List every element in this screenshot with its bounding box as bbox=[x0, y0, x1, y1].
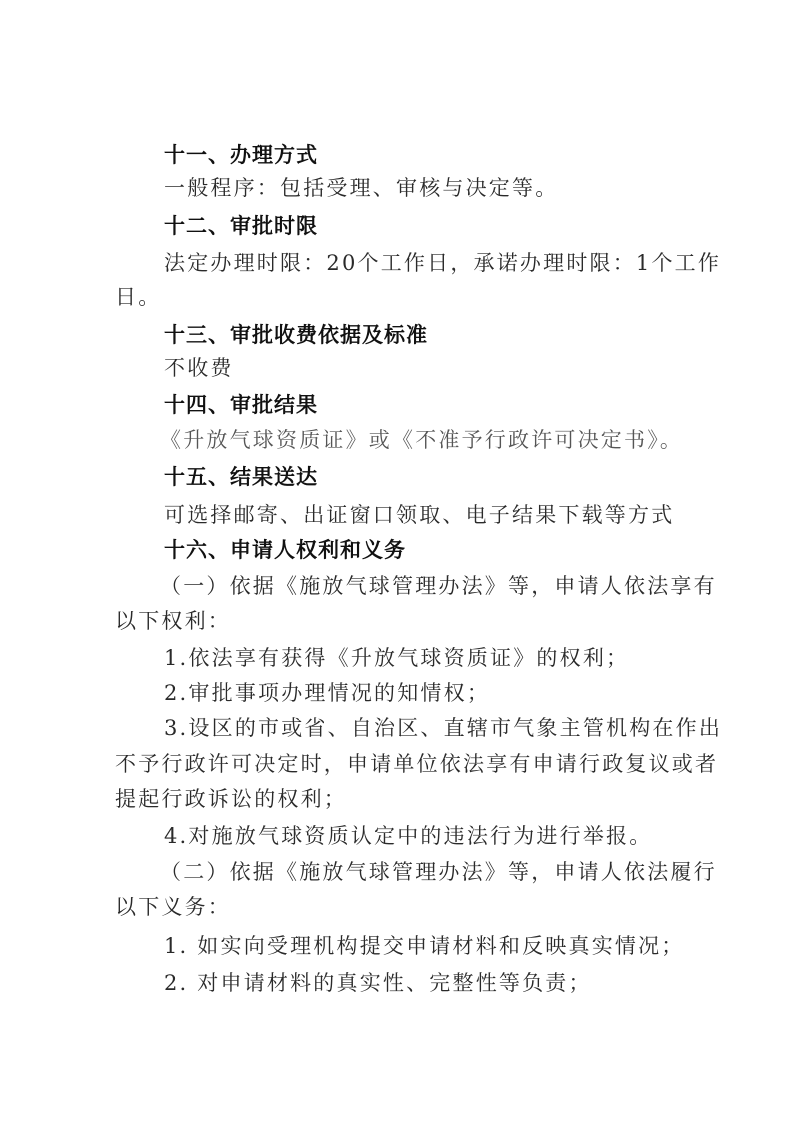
section-body-12-line-2: 日。 bbox=[115, 285, 161, 309]
obligation-item-2: 2. 对申请材料的真实性、完整性等负责； bbox=[164, 971, 592, 995]
right-item-3-line-1: 3.设区的市或省、自治区、直辖市气象主管机构在作出 bbox=[164, 716, 722, 740]
section-heading-14: 十四、审批结果 bbox=[164, 393, 318, 417]
right-item-3-line-3: 提起行政诉讼的权利； bbox=[115, 787, 347, 811]
rights-intro-line-2: 以下权利： bbox=[115, 609, 231, 633]
section-body-13-line-1: 不收费 bbox=[164, 356, 234, 380]
section-heading-13: 十三、审批收费依据及标准 bbox=[164, 323, 428, 347]
right-item-2: 2.审批事项办理情况的知情权； bbox=[164, 681, 490, 705]
obligation-item-1: 1. 如实向受理机构提交申请材料和反映真实情况； bbox=[164, 934, 685, 958]
right-item-4: 4.对施放气球资质认定中的违法行为进行举报。 bbox=[164, 824, 652, 848]
right-item-3-line-2: 不予行政许可决定时，申请单位依法享有申请行政复议或者 bbox=[115, 752, 718, 776]
document-page: 十一、办理方式 一般程序：包括受理、审核与决定等。 十二、审批时限 法定办理时限… bbox=[0, 0, 793, 1122]
section-heading-12: 十二、审批时限 bbox=[164, 214, 318, 238]
section-heading-16: 十六、申请人权利和义务 bbox=[164, 538, 406, 562]
section-body-12-line-1: 法定办理时限：20个工作日，承诺办理时限：1个工作 bbox=[164, 251, 721, 275]
obligations-intro-line-2: 以下义务： bbox=[115, 895, 231, 919]
right-item-1: 1.依法享有获得《升放气球资质证》的权利； bbox=[164, 646, 629, 670]
section-body-15-line-1: 可选择邮寄、出证窗口领取、电子结果下载等方式 bbox=[164, 503, 674, 527]
rights-intro-line-1: （一）依据《施放气球管理办法》等，申请人依法享有 bbox=[160, 574, 717, 598]
section-heading-15: 十五、结果送达 bbox=[164, 465, 318, 489]
section-body-14-line-1: 《升放气球资质证》或《不准予行政许可决定书》。 bbox=[160, 428, 683, 452]
section-body-11-line-1: 一般程序：包括受理、审核与决定等。 bbox=[164, 176, 558, 200]
section-heading-11: 十一、办理方式 bbox=[164, 143, 318, 167]
obligations-intro-line-1: （二）依据《施放气球管理办法》等，申请人依法履行 bbox=[160, 860, 717, 884]
